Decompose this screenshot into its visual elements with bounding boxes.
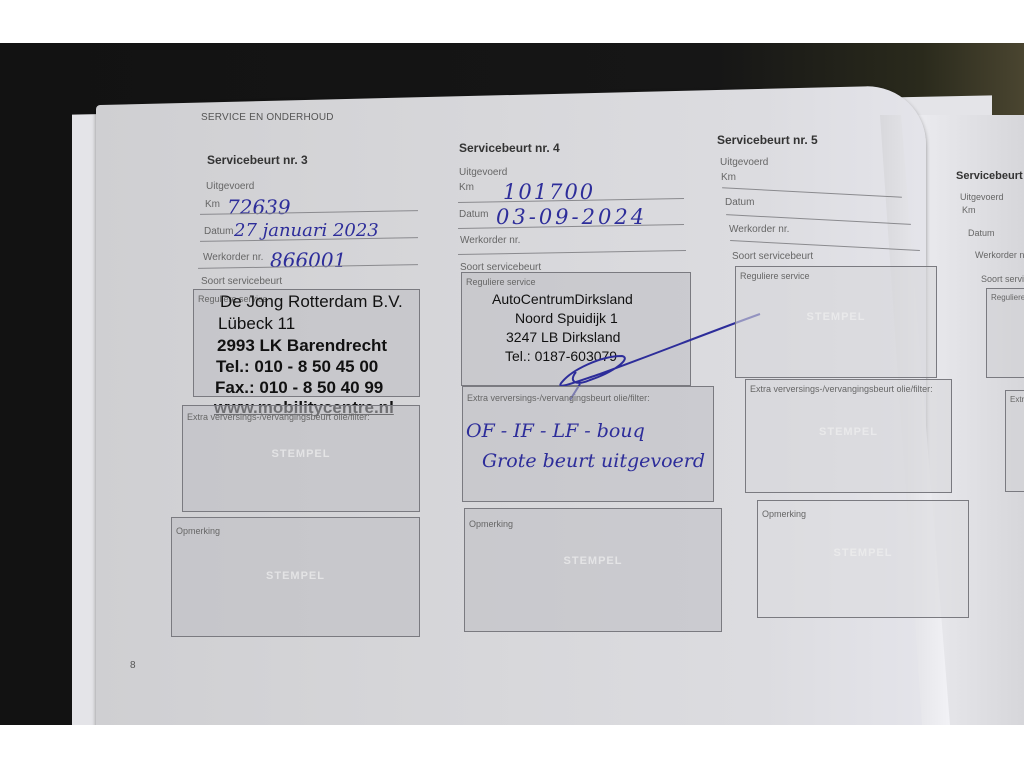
stamp-line: AutoCentrumDirksland	[492, 291, 633, 307]
extra-box: Extra	[1005, 390, 1024, 492]
column-title: Servicebeurt nr. 3	[207, 153, 308, 167]
stamp-line: De Jong Rotterdam B.V.	[220, 292, 403, 312]
stempel-watermark: STEMPEL	[183, 448, 419, 460]
regulier-box: Reguliere service STEMPEL	[735, 266, 937, 378]
soort-label: Soort servicebeurt	[981, 274, 1024, 284]
werkorder-label: Werkorder nr.	[203, 252, 263, 263]
stamp-line: Fax.: 010 - 8 50 40 99	[215, 378, 383, 398]
regulier-label: Reguliere service	[991, 293, 1024, 302]
extra-box: Extra verversings-/vervangingsbeurt olie…	[745, 379, 952, 493]
datum-label: Datum	[968, 228, 995, 238]
uitgevoerd-label: Uitgevoerd	[459, 167, 507, 178]
stempel-watermark: STEMPEL	[736, 311, 936, 323]
regulier-label: Reguliere service	[740, 271, 810, 281]
stamp-line: Lübeck 11	[218, 314, 295, 334]
datum-label: Datum	[725, 197, 754, 208]
opmerking-box: Opmerking STEMPEL	[171, 517, 420, 637]
extra-label: Extra verversings-/vervangingsbeurt olie…	[467, 393, 650, 403]
km-value: 72639	[227, 195, 291, 219]
stempel-watermark: STEMPEL	[465, 555, 721, 567]
extra-label: Extra verversings-/vervangingsbeurt olie…	[750, 384, 933, 394]
werkorder-value: 866001	[270, 248, 346, 272]
section-title: SERVICE EN ONDERHOUD	[201, 112, 334, 123]
page-number: 8	[130, 660, 136, 671]
extra-value-line-1: OF - IF - LF - bouq	[466, 420, 645, 442]
opmerking-label: Opmerking	[469, 519, 513, 529]
extra-box: Extra verversings-/vervangingsbeurt olie…	[182, 405, 420, 512]
werkorder-label: Werkorder nr.	[460, 235, 520, 246]
werkorder-label: Werkorder nr.	[975, 250, 1024, 260]
bottom-margin	[0, 725, 1024, 768]
stempel-watermark: STEMPEL	[172, 570, 419, 582]
extra-value-line-2: Grote beurt uitgevoerd	[482, 450, 705, 472]
stempel-watermark: STEMPEL	[746, 426, 951, 438]
opmerking-label: Opmerking	[762, 509, 806, 519]
datum-label: Datum	[204, 226, 233, 237]
km-label: Km	[205, 199, 220, 210]
uitgevoerd-label: Uitgevoerd	[206, 181, 254, 192]
opmerking-box: Opmerking STEMPEL	[757, 500, 969, 618]
top-margin	[0, 0, 1024, 43]
km-label: Km	[721, 172, 736, 183]
km-label: Km	[962, 205, 976, 215]
extra-label: Extra	[1010, 395, 1024, 404]
uitgevoerd-label: Uitgevoerd	[960, 192, 1004, 202]
stamp-line: 2993 LK Barendrecht	[217, 336, 387, 356]
stamp-line: Tel.: 010 - 8 50 45 00	[216, 357, 378, 377]
opmerking-box: Opmerking STEMPEL	[464, 508, 722, 632]
regulier-box: Reguliere service	[986, 288, 1024, 378]
uitgevoerd-label: Uitgevoerd	[720, 157, 768, 168]
datum-label: Datum	[459, 209, 488, 220]
regulier-label: Reguliere service	[466, 277, 536, 287]
stempel-watermark: STEMPEL	[758, 547, 968, 559]
extra-box: Extra verversings-/vervangingsbeurt olie…	[462, 386, 714, 502]
soort-label: Soort servicebeurt	[732, 251, 813, 262]
opmerking-label: Opmerking	[176, 526, 220, 536]
column-title: Servicebeurt nr. 4	[459, 141, 560, 155]
km-label: Km	[459, 182, 474, 193]
extra-label: Extra verversings-/vervangingsbeurt olie…	[187, 412, 370, 422]
werkorder-label: Werkorder nr.	[729, 224, 789, 235]
column-title: Servicebeurt nr. 6	[956, 170, 1024, 182]
column-title: Servicebeurt nr. 5	[717, 133, 818, 147]
soort-label: Soort servicebeurt	[201, 276, 282, 287]
